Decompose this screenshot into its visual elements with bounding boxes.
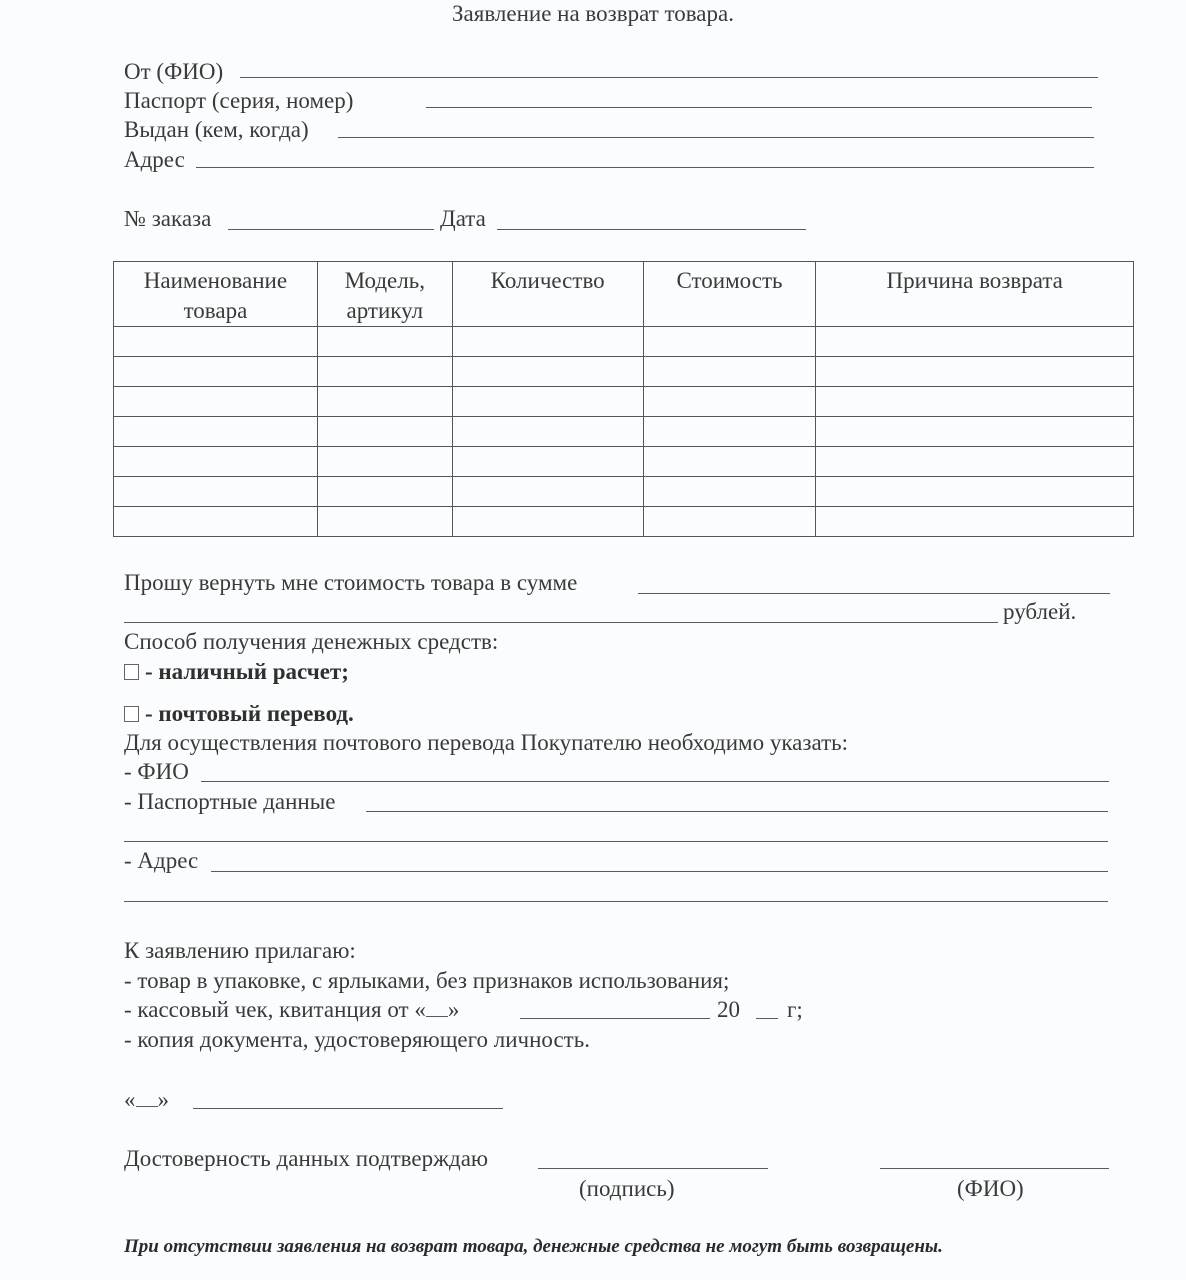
from-label: От (ФИО)	[124, 60, 223, 83]
order-date-label: Дата	[440, 207, 486, 230]
table-cell[interactable]	[114, 326, 318, 356]
address-label: Адрес	[124, 148, 185, 171]
table-cell[interactable]	[643, 506, 816, 536]
postal-fio-label: - ФИО	[124, 760, 189, 783]
signature-field[interactable]	[538, 1168, 768, 1169]
order-number-field[interactable]	[228, 229, 434, 230]
table-cell[interactable]	[452, 326, 643, 356]
table-cell[interactable]	[643, 416, 816, 446]
table-cell[interactable]	[114, 476, 318, 506]
postal-address-field-continued[interactable]	[124, 901, 1108, 902]
table-cell[interactable]	[317, 326, 452, 356]
table-row	[114, 446, 1134, 476]
table-cell[interactable]	[452, 416, 643, 446]
column-header-model: Модель, артикул	[317, 262, 452, 327]
table-cell[interactable]	[452, 446, 643, 476]
refund-request-label: Прошу вернуть мне стоимость товара в сум…	[124, 571, 577, 594]
table-cell[interactable]	[816, 356, 1134, 386]
postal-passport-label: - Паспортные данные	[124, 790, 335, 813]
date-day: «»	[124, 1088, 169, 1111]
table-cell[interactable]	[643, 356, 816, 386]
table-cell[interactable]	[643, 326, 816, 356]
table-cell[interactable]	[317, 356, 452, 386]
receipt-day-field[interactable]	[426, 1016, 448, 1017]
table-cell[interactable]	[643, 446, 816, 476]
option-postal-label: - почтовый перевод.	[145, 701, 354, 726]
table-cell[interactable]	[816, 476, 1134, 506]
refund-amount-field[interactable]	[638, 593, 1110, 594]
postal-checkbox[interactable]	[124, 706, 139, 722]
table-row	[114, 326, 1134, 356]
table-cell[interactable]	[816, 386, 1134, 416]
goods-table: Наименование товара Модель, артикул Коли…	[113, 261, 1134, 537]
attachment-goods: - товар в упаковке, с ярлыками, без приз…	[124, 969, 729, 992]
issued-label: Выдан (кем, когда)	[124, 118, 309, 141]
attachment-id-copy: - копия документа, удостоверяющего лично…	[124, 1028, 590, 1051]
table-cell[interactable]	[816, 506, 1134, 536]
refund-amount-field-continued[interactable]	[124, 622, 998, 623]
column-header-quantity: Количество	[452, 262, 643, 327]
goods-table-header: Наименование товара Модель, артикул Коли…	[114, 262, 1134, 327]
table-cell[interactable]	[452, 506, 643, 536]
table-cell[interactable]	[816, 326, 1134, 356]
postal-note: Для осуществления почтового перевода Пок…	[124, 731, 848, 754]
table-row	[114, 356, 1134, 386]
table-cell[interactable]	[452, 476, 643, 506]
table-cell[interactable]	[114, 506, 318, 536]
postal-passport-field-continued[interactable]	[124, 841, 1108, 842]
attachment-receipt-label: - кассовый чек, квитанция от «	[124, 997, 426, 1022]
postal-address-label: - Адрес	[124, 849, 198, 872]
table-row	[114, 416, 1134, 446]
signature-fio-field[interactable]	[880, 1168, 1109, 1169]
table-row	[114, 506, 1134, 536]
table-cell[interactable]	[317, 506, 452, 536]
address-field[interactable]	[196, 167, 1094, 168]
receipt-month-field[interactable]	[520, 1018, 710, 1019]
fio-caption: (ФИО)	[957, 1177, 1024, 1200]
table-cell[interactable]	[317, 446, 452, 476]
table-cell[interactable]	[317, 386, 452, 416]
footer-note: При отсутствии заявления на возврат това…	[124, 1237, 943, 1256]
table-cell[interactable]	[643, 476, 816, 506]
cash-checkbox[interactable]	[124, 664, 139, 680]
postal-fio-field[interactable]	[201, 781, 1109, 782]
date-quote-close: »	[158, 1087, 170, 1112]
postal-passport-field[interactable]	[366, 811, 1108, 812]
option-cash[interactable]: - наличный расчет;	[124, 660, 349, 683]
signature-caption: (подпись)	[579, 1177, 674, 1200]
date-quote-open: «	[124, 1087, 136, 1112]
passport-field[interactable]	[426, 107, 1092, 108]
table-cell[interactable]	[816, 416, 1134, 446]
table-cell[interactable]	[114, 446, 318, 476]
document-title: Заявление на возврат товара.	[0, 2, 1186, 25]
table-cell[interactable]	[114, 386, 318, 416]
date-day-field[interactable]	[136, 1106, 158, 1107]
column-header-name: Наименование товара	[114, 262, 318, 327]
postal-address-field[interactable]	[211, 871, 1108, 872]
table-row	[114, 476, 1134, 506]
table-cell[interactable]	[317, 416, 452, 446]
table-cell[interactable]	[643, 386, 816, 416]
receipt-year-suffix: г;	[787, 998, 803, 1021]
attachments-heading: К заявлению прилагаю:	[124, 939, 356, 962]
table-cell[interactable]	[114, 416, 318, 446]
receipt-year-prefix: 20	[717, 998, 740, 1021]
table-cell[interactable]	[452, 386, 643, 416]
order-number-label: № заказа	[124, 207, 211, 230]
refund-method-label: Способ получения денежных средств:	[124, 630, 498, 653]
column-header-reason: Причина возврата	[816, 262, 1134, 327]
column-header-price: Стоимость	[643, 262, 816, 327]
table-cell[interactable]	[317, 476, 452, 506]
from-field[interactable]	[240, 77, 1098, 78]
attachment-receipt: - кассовый чек, квитанция от «»	[124, 998, 459, 1021]
receipt-year-field[interactable]	[756, 1018, 778, 1019]
table-cell[interactable]	[114, 356, 318, 386]
order-date-field[interactable]	[497, 229, 806, 230]
table-cell[interactable]	[816, 446, 1134, 476]
confirm-label: Достоверность данных подтверждаю	[124, 1147, 488, 1170]
table-row	[114, 386, 1134, 416]
currency-label: рублей.	[1003, 600, 1076, 623]
option-cash-label: - наличный расчет;	[145, 659, 349, 684]
receipt-quote-close: »	[448, 997, 460, 1022]
table-cell[interactable]	[452, 356, 643, 386]
date-month-year-field[interactable]	[193, 1108, 503, 1109]
option-postal[interactable]: - почтовый перевод.	[124, 702, 354, 725]
passport-label: Паспорт (серия, номер)	[124, 89, 353, 112]
issued-field[interactable]	[338, 137, 1094, 138]
